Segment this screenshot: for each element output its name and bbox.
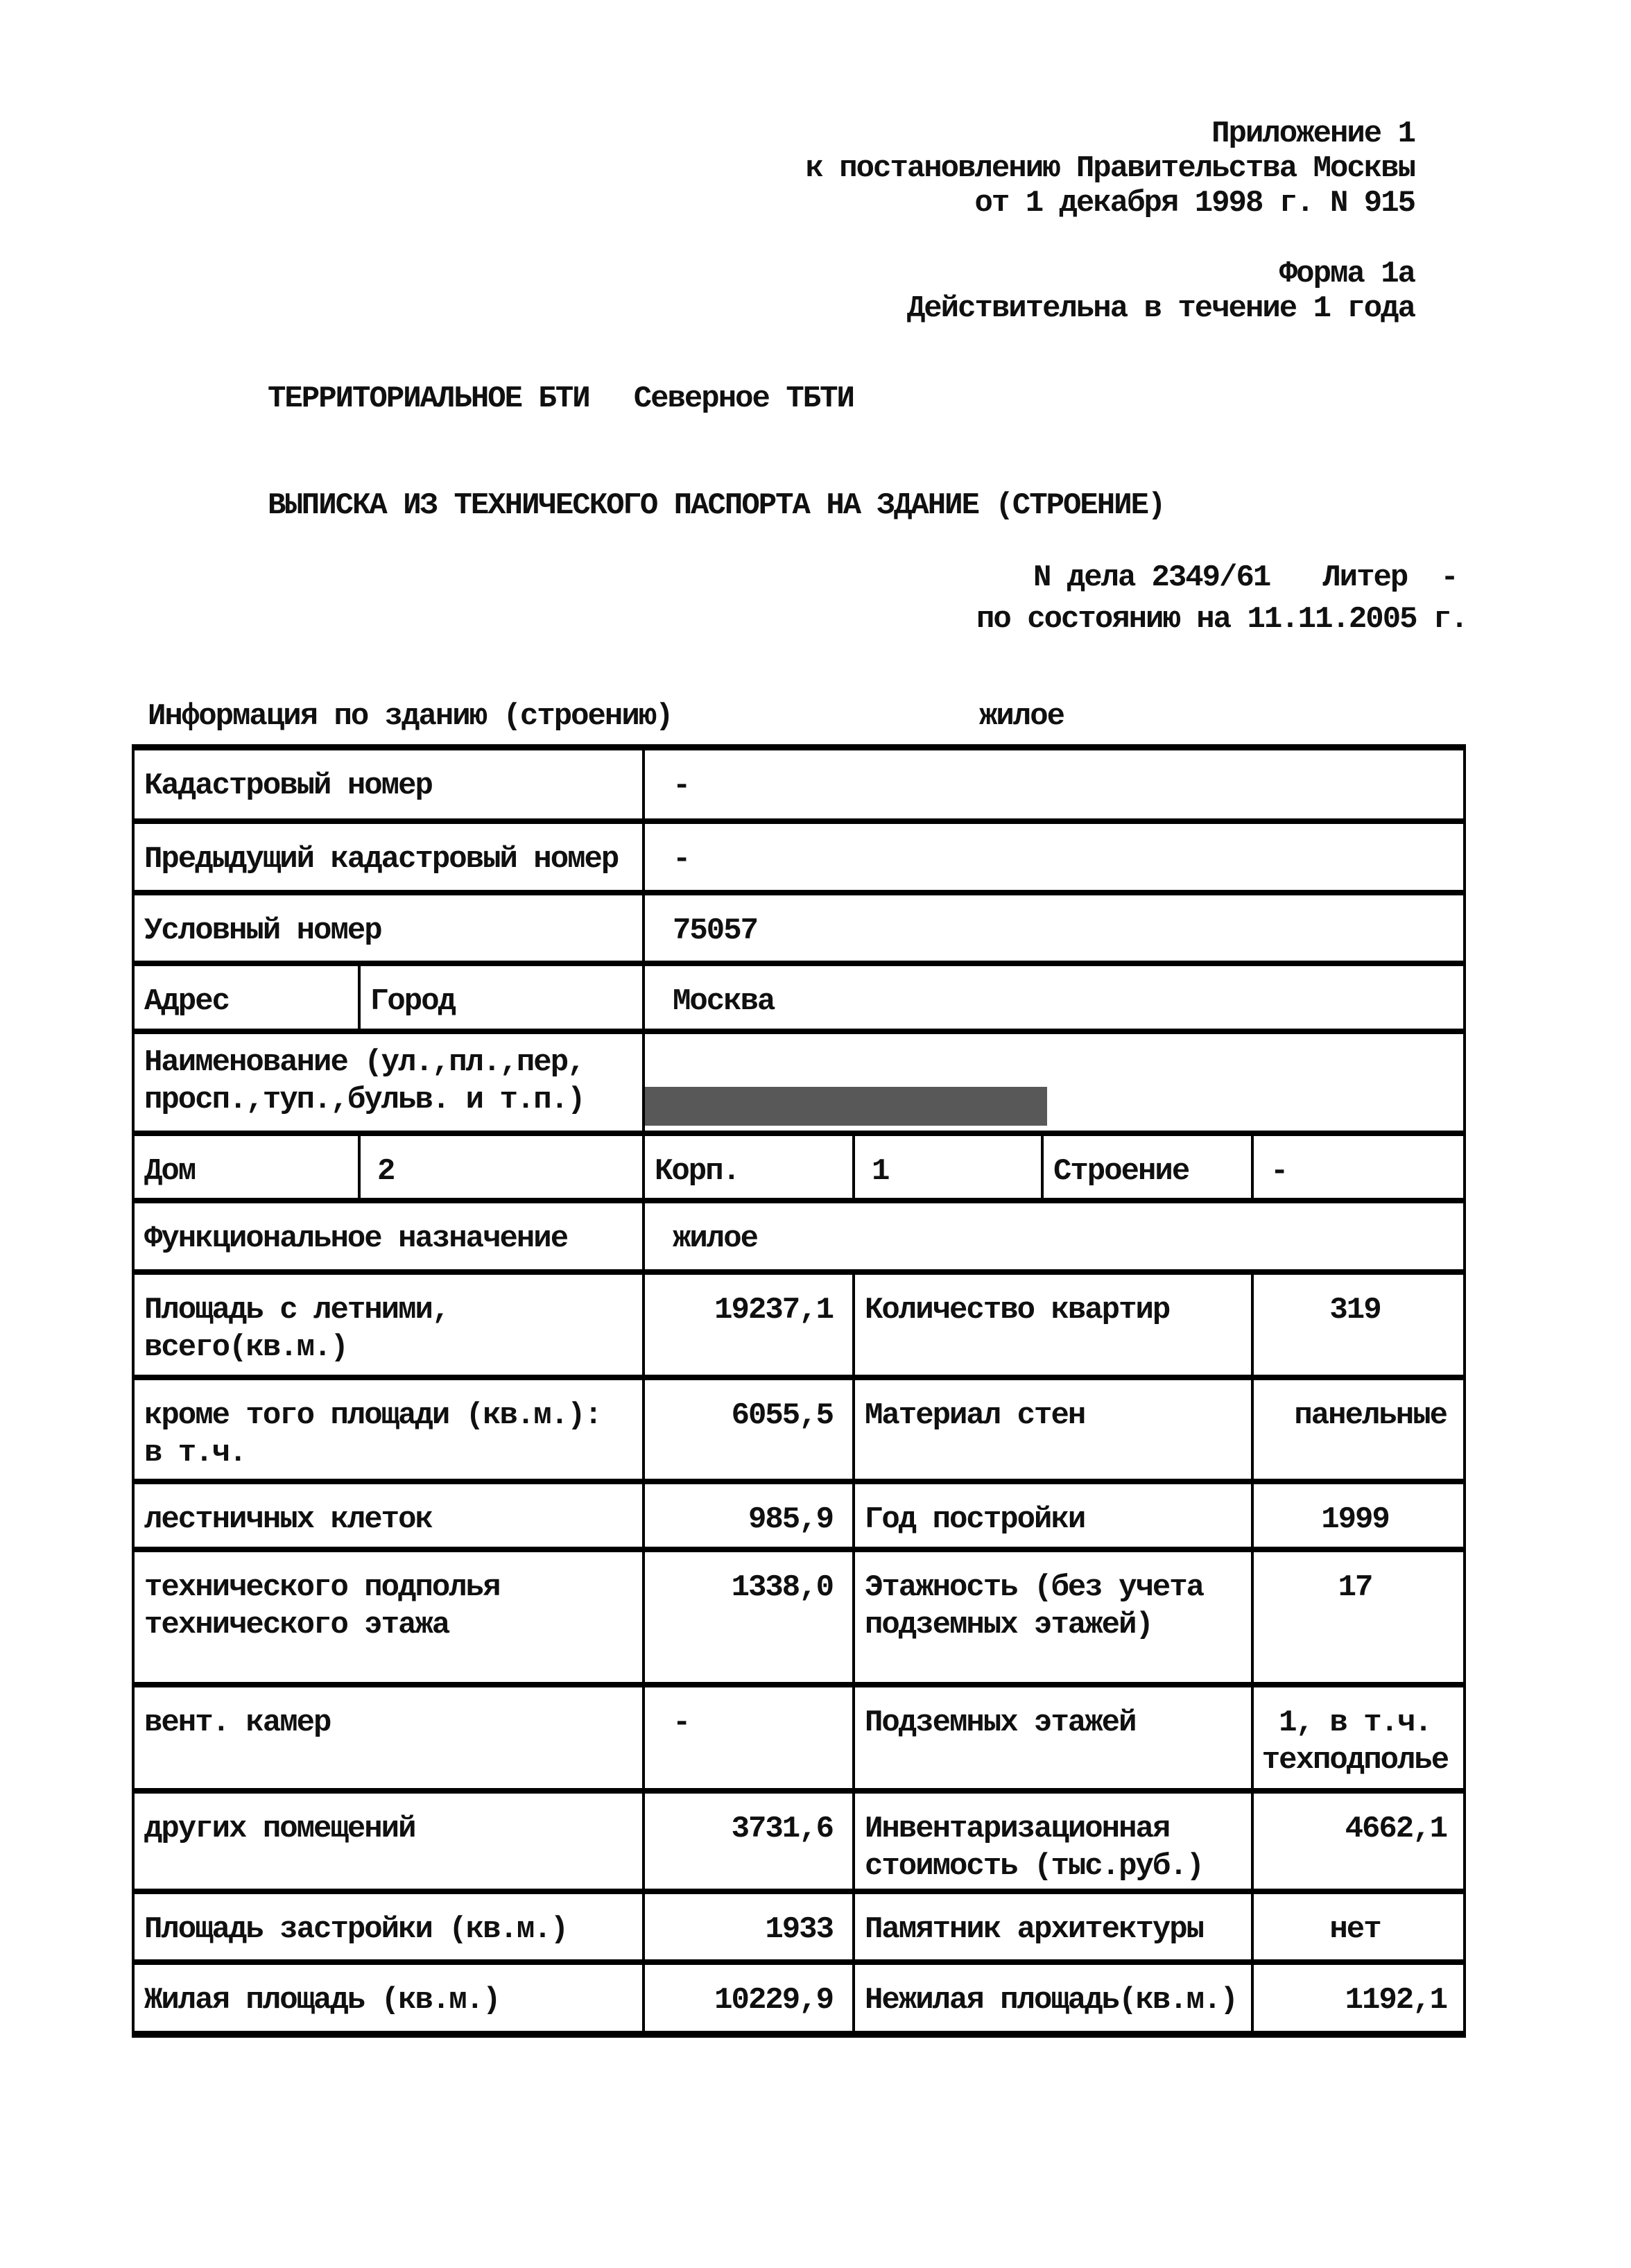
liter-label: Литер bbox=[1322, 560, 1407, 595]
tech-underground-label: технического подполья технического этажа bbox=[135, 1552, 645, 1682]
case-number: 2349/61 bbox=[1151, 560, 1289, 595]
other-rooms-value: 3731,6 bbox=[645, 1794, 855, 1889]
besides-area-label: кроме того площади (кв.м.): в т.ч. bbox=[135, 1380, 645, 1479]
validity-line: Действительна в течение 1 года bbox=[805, 291, 1415, 326]
cadastral-value: - bbox=[645, 750, 1456, 818]
territorial-bti-label: ТЕРРИТОРИАЛЬНОЕ БТИ bbox=[268, 381, 589, 416]
table-row-street-name: Наименование (ул.,пл.,пер, просп.,туп.,б… bbox=[135, 1029, 1463, 1131]
table-row-cadastral: Кадастровый номер - bbox=[135, 750, 1463, 818]
footprint-area-value: 1933 bbox=[645, 1894, 855, 1959]
wall-material-value: панельные bbox=[1254, 1380, 1456, 1479]
inventory-cost-label: Инвентаризационная стоимость (тыс.руб.) bbox=[855, 1794, 1254, 1889]
cadastral-label: Кадастровый номер bbox=[135, 750, 645, 818]
address-city-label: Город bbox=[361, 966, 645, 1029]
living-area-label: Жилая площадь (кв.м.) bbox=[135, 1965, 645, 2031]
area-with-summer-label: Площадь с летними, всего(кв.м.) bbox=[135, 1275, 645, 1375]
table-row-area-with-summer: Площадь с летними, всего(кв.м.) 19237,1 … bbox=[135, 1269, 1463, 1375]
territorial-bti-value: Северное ТБТИ bbox=[634, 381, 854, 416]
building-value: - bbox=[1254, 1136, 1456, 1198]
document-title: ВЫПИСКА ИЗ ТЕХНИЧЕСКОГО ПАСПОРТА НА ЗДАН… bbox=[268, 487, 1164, 524]
underground-floors-value: 1, в т.ч. техподполье bbox=[1254, 1687, 1456, 1788]
area-with-summer-value: 19237,1 bbox=[645, 1275, 855, 1375]
address-label: Адрес bbox=[135, 966, 361, 1029]
territorial-bti-line: ТЕРРИТОРИАЛЬНОЕ БТИСеверное ТБТИ bbox=[268, 380, 854, 418]
vent-chambers-label: вент. камер bbox=[135, 1687, 645, 1788]
wall-material-label: Материал стен bbox=[855, 1380, 1254, 1479]
tech-underground-value: 1338,0 bbox=[645, 1552, 855, 1682]
table-row-living-area: Жилая площадь (кв.м.) 10229,9 Нежилая пл… bbox=[135, 1959, 1463, 2031]
building-label: Строение bbox=[1044, 1136, 1254, 1198]
table-row-footprint-area: Площадь застройки (кв.м.) 1933 Памятник … bbox=[135, 1889, 1463, 1959]
form-line: Форма 1а bbox=[805, 257, 1415, 291]
table-row-tech-underground: технического подполья технического этажа… bbox=[135, 1547, 1463, 1682]
apartment-count-label: Количество квартир bbox=[855, 1275, 1254, 1375]
table-row-staircases: лестничных клеток 985,9 Год постройки 19… bbox=[135, 1479, 1463, 1547]
table-row-functional-purpose: Функциональное назначение жилое bbox=[135, 1198, 1463, 1269]
case-number-line: N дела2349/61Литер- bbox=[1033, 559, 1458, 596]
apartment-count-value: 319 bbox=[1254, 1275, 1456, 1375]
street-name-value-cell bbox=[645, 1034, 1456, 1131]
building-info-label: Информация по зданию (строению) bbox=[148, 698, 673, 735]
staircases-label: лестничных клеток bbox=[135, 1484, 645, 1547]
appendix-line-1: Приложение 1 bbox=[805, 117, 1415, 151]
functional-purpose-label: Функциональное назначение bbox=[135, 1203, 645, 1269]
table-row-besides-area: кроме того площади (кв.м.): в т.ч. 6055,… bbox=[135, 1375, 1463, 1479]
table-row-other-rooms: других помещений 3731,6 Инвентаризационн… bbox=[135, 1788, 1463, 1889]
house-value: 2 bbox=[361, 1136, 645, 1198]
address-city-value: Москва bbox=[645, 966, 1456, 1029]
footprint-area-label: Площадь застройки (кв.м.) bbox=[135, 1894, 645, 1959]
case-label: N дела bbox=[1033, 560, 1134, 595]
build-year-label: Год постройки bbox=[855, 1484, 1254, 1547]
prev-cadastral-label: Предыдущий кадастровый номер bbox=[135, 824, 645, 890]
inventory-cost-value: 4662,1 bbox=[1254, 1794, 1456, 1889]
architecture-monument-label: Памятник архитектуры bbox=[855, 1894, 1254, 1959]
floors-label: Этажность (без учета подземных этажей) bbox=[855, 1552, 1254, 1682]
non-living-area-value: 1192,1 bbox=[1254, 1965, 1456, 2031]
appendix-line-2: к постановлению Правительства Москвы bbox=[805, 151, 1415, 186]
table-row-vent-chambers: вент. камер - Подземных этажей 1, в т.ч.… bbox=[135, 1682, 1463, 1788]
corp-value: 1 bbox=[855, 1136, 1044, 1198]
appendix-block: Приложение 1 к постановлению Правительст… bbox=[805, 117, 1415, 326]
appendix-line-3: от 1 декабря 1998 г. N 915 bbox=[805, 186, 1415, 221]
document-page: Приложение 1 к постановлению Правительст… bbox=[0, 0, 1631, 2268]
other-rooms-label: других помещений bbox=[135, 1794, 645, 1889]
corp-label: Корп. bbox=[645, 1136, 855, 1198]
underground-floors-label: Подземных этажей bbox=[855, 1687, 1254, 1788]
besides-area-value: 6055,5 bbox=[645, 1380, 855, 1479]
non-living-area-label: Нежилая площадь(кв.м.) bbox=[855, 1965, 1254, 2031]
spacer bbox=[805, 221, 1415, 257]
living-area-value: 10229,9 bbox=[645, 1965, 855, 2031]
table-row-address: Адрес Город Москва bbox=[135, 961, 1463, 1029]
building-info-table: Кадастровый номер - Предыдущий кадастров… bbox=[132, 744, 1466, 2038]
as-of-date-line: по состоянию на 11.11.2005 г. bbox=[976, 601, 1467, 638]
architecture-monument-value: нет bbox=[1254, 1894, 1456, 1959]
floors-value: 17 bbox=[1254, 1552, 1456, 1682]
redacted-street-name-bar bbox=[645, 1087, 1047, 1126]
vent-chambers-value: - bbox=[645, 1687, 855, 1788]
table-row-house: Дом 2 Корп. 1 Строение - bbox=[135, 1131, 1463, 1198]
staircases-value: 985,9 bbox=[645, 1484, 855, 1547]
table-row-prev-cadastral: Предыдущий кадастровый номер - bbox=[135, 818, 1463, 890]
conditional-number-value: 75057 bbox=[645, 895, 1456, 961]
conditional-number-label: Условный номер bbox=[135, 895, 645, 961]
build-year-value: 1999 bbox=[1254, 1484, 1456, 1547]
prev-cadastral-value: - bbox=[645, 824, 1456, 890]
functional-purpose-value: жилое bbox=[645, 1203, 1456, 1269]
building-info-value: жилое bbox=[979, 698, 1064, 735]
street-name-label: Наименование (ул.,пл.,пер, просп.,туп.,б… bbox=[135, 1034, 645, 1131]
table-row-conditional-number: Условный номер 75057 bbox=[135, 890, 1463, 961]
house-label: Дом bbox=[135, 1136, 361, 1198]
liter-value: - bbox=[1440, 560, 1457, 595]
